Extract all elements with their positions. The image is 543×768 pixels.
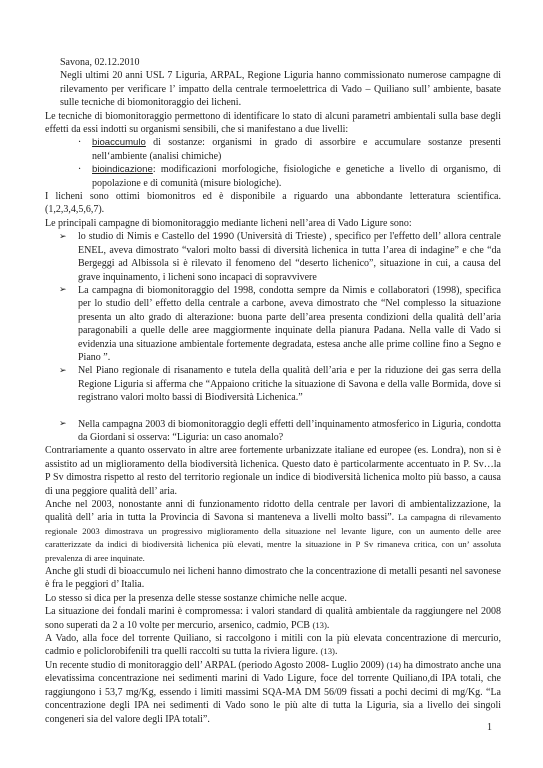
document-body: Savona, 02.12.2010Negli ultimi 20 anni U… — [45, 56, 501, 726]
text-run: . — [335, 646, 338, 657]
text-run: Savona, 02.12.2010 — [60, 57, 139, 68]
text-run: Nella campagna 2003 di biomonitoraggio d… — [78, 419, 501, 443]
paragraph: Negli ultimi 20 anni USL 7 Liguria, ARPA… — [45, 69, 501, 109]
text-run: 1990 — [213, 231, 234, 242]
text-run: bioaccumulo — [92, 137, 146, 148]
list-item: ·bioaccumulo di sostanze: organismi in g… — [45, 136, 501, 163]
paragraph: Anche gli studi di bioaccumulo nei liche… — [45, 565, 501, 592]
list-item: ➢Nel Piano regionale di risanamento e tu… — [45, 364, 501, 404]
paragraph: I licheni sono ottimi biomonitros ed è d… — [45, 190, 501, 217]
bullet-dot-icon: · — [78, 163, 81, 176]
text-run: di sostanze: organismi in grado di assor… — [92, 137, 501, 161]
text-run: (14) — [386, 660, 400, 670]
text-run: (13) — [320, 646, 334, 656]
bullet-dot-icon: · — [78, 136, 81, 149]
paragraph: Lo stesso si dica per la presenza delle … — [45, 592, 501, 605]
paragraph: La situazione dei fondali marini è compr… — [45, 605, 501, 632]
page-number: 1 — [487, 721, 492, 734]
list-item: ·bioindicazione: modificazioni morfologi… — [45, 163, 501, 190]
text-run: Un recente studio di monitoraggio dell’ … — [45, 660, 386, 671]
text-run: Nel Piano regionale di risanamento e tut… — [78, 365, 501, 403]
text-run: Negli ultimi 20 anni USL 7 Liguria, ARPA… — [60, 70, 501, 108]
paragraph: Le principali campagne di biomonitoraggi… — [45, 217, 501, 230]
text-run: Le tecniche di biomonitoraggio permetton… — [45, 111, 501, 135]
bullet-arrow-icon: ➢ — [59, 284, 67, 297]
paragraph: Le tecniche di biomonitoraggio permetton… — [45, 110, 501, 137]
date-line: Savona, 02.12.2010 — [45, 56, 501, 69]
text-run: I licheni sono ottimi biomonitros ed è d… — [45, 191, 501, 215]
text-run: : modificazioni morfologiche, fisiologic… — [92, 164, 501, 188]
text-run: Lo stesso si dica per la presenza delle … — [45, 593, 347, 604]
bullet-arrow-icon: ➢ — [59, 418, 67, 431]
text-run: bioindicazione — [92, 164, 153, 175]
document-page: Savona, 02.12.2010Negli ultimi 20 anni U… — [0, 0, 543, 768]
text-run: La campagna di biomonitoraggio del 1998,… — [78, 285, 501, 363]
bullet-arrow-icon: ➢ — [59, 365, 67, 378]
bullet-arrow-icon: ➢ — [59, 231, 67, 244]
text-run: (13) — [312, 620, 326, 630]
paragraph: A Vado, alla foce del torrente Quiliano,… — [45, 632, 501, 659]
text-run: . — [327, 620, 330, 631]
list-item: ➢La campagna di biomonitoraggio del 1998… — [45, 284, 501, 364]
list-item: ➢Nella campagna 2003 di biomonitoraggio … — [45, 418, 501, 445]
text-run: A Vado, alla foce del torrente Quiliano,… — [45, 633, 501, 657]
paragraph: Anche nel 2003, nonostante anni di funzi… — [45, 498, 501, 565]
paragraph: Contrariamente a quanto osservato in alt… — [45, 444, 501, 498]
text-run: La situazione dei fondali marini è compr… — [45, 606, 501, 630]
text-run: Contrariamente a quanto osservato in alt… — [45, 445, 501, 496]
text-run: lo studio di Nimis e Castello del — [78, 231, 213, 242]
paragraph-gap — [45, 405, 501, 418]
text-run: Anche gli studi di bioaccumulo nei liche… — [45, 566, 501, 590]
text-run: Le principali campagne di biomonitoraggi… — [45, 218, 412, 229]
paragraph: Un recente studio di monitoraggio dell’ … — [45, 659, 501, 726]
list-item: ➢lo studio di Nimis e Castello del 1990 … — [45, 230, 501, 284]
